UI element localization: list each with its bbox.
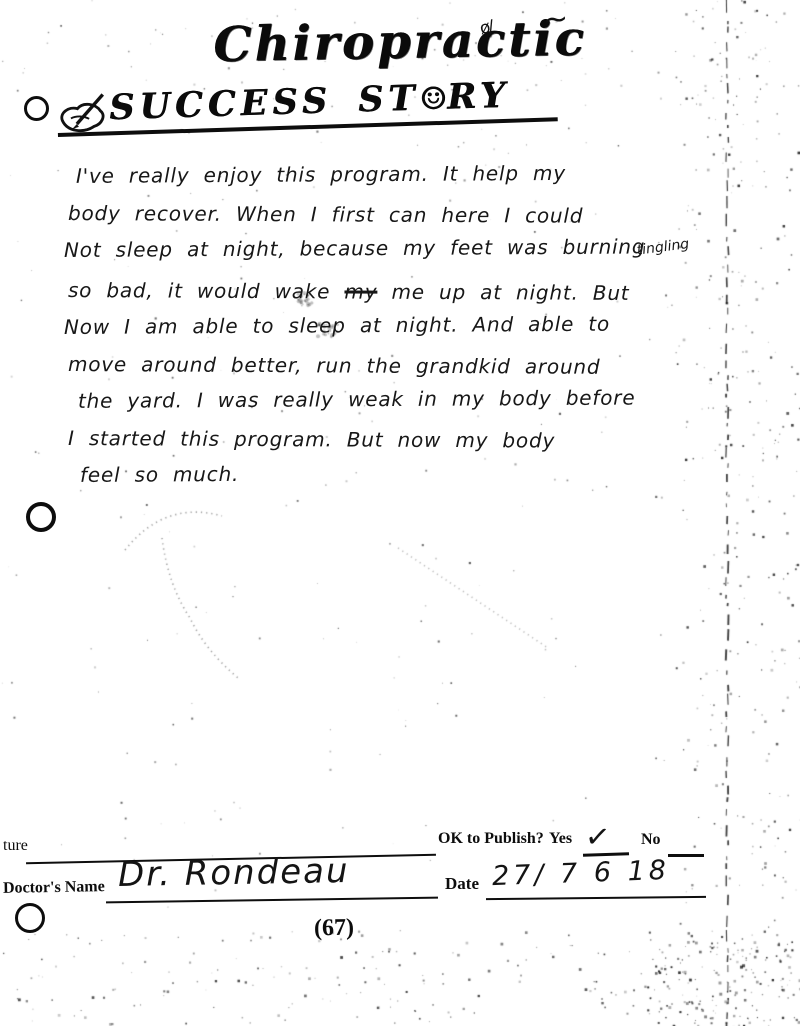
yes-option-label: Yes [549,830,572,848]
date-handwritten-value: 27/ 7 6 18 [492,855,671,892]
no-blank-line [668,854,704,857]
pen-writing-doodle-icon [57,92,108,138]
subtitle-word-story-post: RY [446,75,510,118]
doctor-name-field-label: Doctor's Name [3,878,105,898]
testimonial-line: Now I am able to sleep at night. And abl… [64,305,769,346]
punch-hole-mark-bottom [15,903,45,933]
subtitle-word-story-pre: ST [357,78,420,121]
testimonial-line: Not sleep at night, because my feet was … [64,228,769,272]
crossed-out-word: my [344,279,377,303]
no-option-label: No [641,831,661,849]
ok-to-publish-label: OK to Publish? [438,830,544,848]
stray-pen-mark: ~ [542,1,570,38]
cramped-overflow-word: tingling [635,226,692,269]
scanned-document-page: Chiropractic ~ ø∕ SUCCESSST☺RY I've real… [0,0,800,1026]
testimonial-line: feel so much. [64,453,769,494]
date-field-label: Date [445,874,479,894]
signature-field-label: ture [3,837,28,855]
punch-hole-mark-middle [26,502,56,532]
testimonial-line: the yard. I was really weak in my body b… [64,379,769,420]
handwritten-testimonial: I've really enjoy this program. It help … [64,158,769,494]
smiley-face-icon: ☺ [419,81,448,118]
subtitle-word-success: SUCCESS [108,80,332,128]
doctor-name-handwritten-value: Dr. Rondeau [118,851,350,895]
testimonial-line: I've really enjoy this program. It help … [64,154,769,195]
page-number: (67) [314,915,354,943]
punch-hole-mark-top [24,96,49,121]
document-title: Chiropractic [120,9,681,75]
yes-checkmark: ✓ [583,819,612,856]
